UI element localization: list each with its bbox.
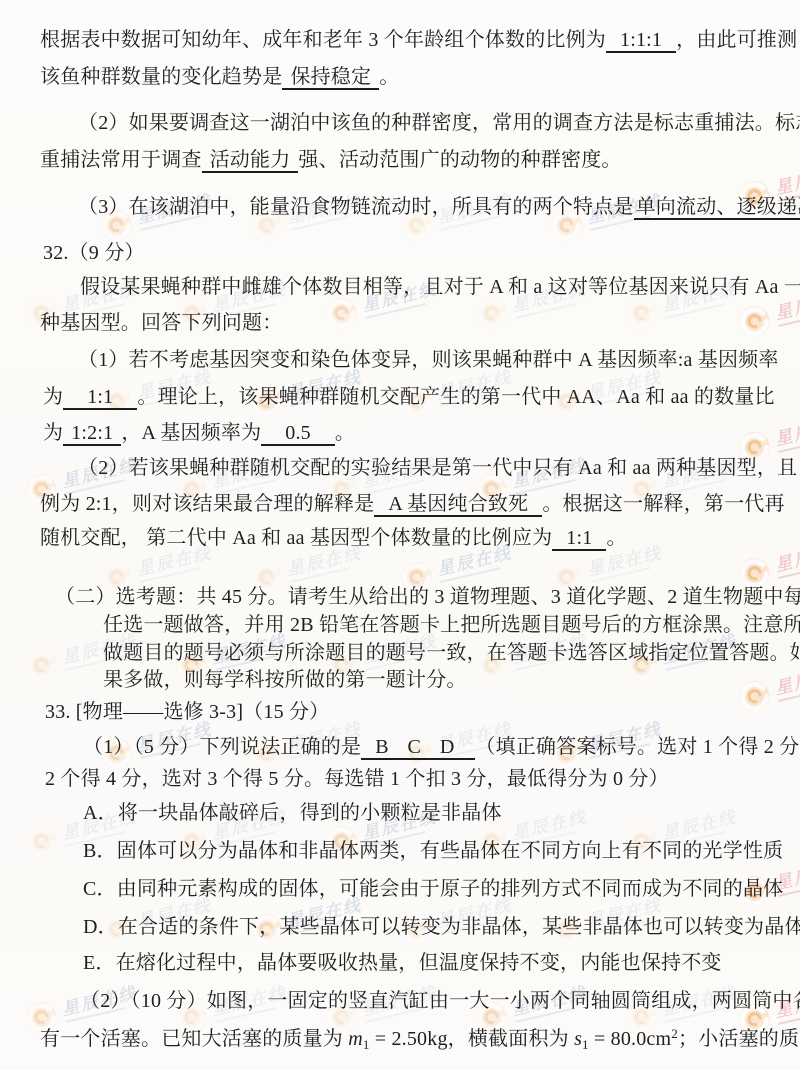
text-line: （1）若不考虑基因突变和染色体变异，则该果蝇种群中 A 基因频率:a 基因频率 [78, 347, 779, 373]
text-segment: = 80.0cm [589, 1028, 672, 1050]
text-line: E．在熔化过程中，晶体要吸收热量，但温度保持不变，内能也保持不变 [83, 950, 722, 976]
answer-blank: 1:1 [552, 527, 606, 551]
text-segment: 为 [43, 422, 63, 444]
text-segment: （2）若该果蝇种群随机交配的实验结果是第一代中只有 Aa 和 aa 两种基因型，… [78, 457, 800, 479]
text-segment: 做题目的题号必须与所涂题目的题号一致，在答题卡选答区域指定位置答题。如 [103, 642, 800, 664]
answer-blank: 单向流动、逐级递减 [634, 196, 800, 220]
text-line: （3）在该湖泊中，能量沿食物链流动时，所具有的两个特点是单向流动、逐级递减。 [78, 194, 800, 220]
document-content: 根据表中数据可知幼年、成年和老年 3 个年龄组个体数的比例为1:1:1，由此可推… [0, 0, 800, 1070]
text-segment: （填正确答案标号。选对 1 个得 2 分，选对 [475, 736, 800, 758]
text-segment: E．在熔化过程中，晶体要吸收热量，但温度保持不变，内能也保持不变 [83, 952, 722, 974]
text-line: D．在合适的条件下，某些晶体可以转变为非晶体，某些非晶体也可以转变为晶体 [83, 914, 800, 940]
text-line: （二）选考题：共 45 分。请考生从给出的 3 道物理题、3 道化学题、2 道生… [55, 584, 800, 610]
answer-blank: 1:2:1 [63, 422, 121, 446]
text-segment: （1）若不考虑基因突变和染色体变异，则该果蝇种群中 A 基因频率:a 基因频率 [78, 349, 779, 371]
text-segment: 假设某果蝇种群中雌雄个体数目相等，且对于 A 和 a 这对等位基因来说只有 Aa… [80, 276, 800, 298]
text-line: 32.（9 分） [43, 240, 145, 266]
text-line: 33. [物理——选修 3-3]（15 分） [45, 699, 329, 725]
text-line: 2 个得 4 分，选对 3 个得 5 分。每选错 1 个扣 3 分，最低得分为 … [45, 766, 669, 792]
text-line: 根据表中数据可知幼年、成年和老年 3 个年龄组个体数的比例为1:1:1，由此可推… [40, 27, 797, 53]
text-line: 例为 2:1，则对该结果最合理的解释是A 基因纯合致死。根据这一解释，第一代再 [40, 491, 785, 517]
text-segment: 。 [606, 527, 626, 549]
text-line: （2）如果要调查这一湖泊中该鱼的种群密度，常用的调查方法是标志重捕法。标志 [78, 110, 800, 136]
text-segment: 有一个活塞。已知大活塞的质量为 [40, 1028, 348, 1050]
text-segment: ，横截面积为 [448, 1028, 574, 1050]
text-segment: 1 [363, 1037, 370, 1052]
text-line: 重捕法常用于调查活动能力强、活动范围广的动物的种群密度。 [40, 147, 622, 173]
text-line: （2）若该果蝇种群随机交配的实验结果是第一代中只有 Aa 和 aa 两种基因型，… [78, 455, 800, 481]
text-line: 种基因型。回答下列问题： [40, 310, 282, 336]
text-segment: （二）选考题：共 45 分。请考生从给出的 3 道物理题、3 道化学题、2 道生… [55, 586, 800, 608]
text-line: C．由同种元素构成的固体，可能会由于原子的排列方式不同而成为不同的晶体 [83, 876, 783, 902]
text-segment: （1）（5 分）下列说法正确的是 [83, 736, 361, 758]
text-segment: 种基因型。回答下列问题： [40, 312, 282, 334]
text-segment: 。理论上，该果蝇种群随机交配产生的第一代中 AA、Aa 和 aa 的数量比 [137, 386, 774, 408]
text-segment: 果多做，则每学科按所做的第一题计分。 [103, 669, 467, 691]
answer-blank: 保持稳定 [282, 66, 379, 90]
text-segment: 。根据这一解释，第一代再 [542, 493, 784, 515]
answer-blank: A 基因纯合致死 [374, 493, 542, 517]
text-segment: D．在合适的条件下，某些晶体可以转变为非晶体，某些非晶体也可以转变为晶体 [83, 916, 800, 938]
answer-blank: 活动能力 [202, 149, 299, 173]
text-segment: 1 [582, 1037, 589, 1052]
text-segment: 该鱼种群数量的变化趋势是 [40, 66, 282, 88]
text-segment: （3）在该湖泊中，能量沿食物链流动时，所具有的两个特点是 [78, 196, 634, 218]
text-segment: ，由此可推测 [676, 29, 797, 51]
text-segment: 例为 2:1，则对该结果最合理的解释是 [40, 493, 374, 515]
text-segment: A．将一块晶体敲碎后，得到的小颗粒是非晶体 [83, 802, 502, 824]
answer-blank: 1:1 [63, 386, 137, 410]
text-segment: （2）如果要调查这一湖泊中该鱼的种群密度，常用的调查方法是标志重捕法。标志 [78, 112, 800, 134]
text-segment: 任选一题做答，并用 2B 铅笔在答题卡上把所选题目题号后的方框涂黑。注意所 [103, 614, 800, 636]
text-line: 有一个活塞。已知大活塞的质量为 m1 = 2.50kg，横截面积为 s1 = 8… [40, 1026, 799, 1052]
text-segment: 33. [物理——选修 3-3]（15 分） [45, 701, 329, 723]
text-segment: 强、活动范围广的动物的种群密度。 [298, 149, 621, 171]
text-segment: C．由同种元素构成的固体，可能会由于原子的排列方式不同而成为不同的晶体 [83, 878, 783, 900]
text-line: 该鱼种群数量的变化趋势是保持稳定。 [40, 64, 399, 90]
text-segment: 根据表中数据可知幼年、成年和老年 3 个年龄组个体数的比例为 [40, 29, 606, 51]
text-line: 果多做，则每学科按所做的第一题计分。 [103, 667, 467, 693]
text-segment: 。 [379, 66, 399, 88]
text-line: 任选一题做答，并用 2B 铅笔在答题卡上把所选题目题号后的方框涂黑。注意所 [103, 612, 800, 638]
text-segment: B．固体可以分为晶体和非晶体两类，有些晶体在不同方向上有不同的光学性质 [83, 840, 783, 862]
text-line: 为1:2:1，A 基因频率为0.5。 [43, 420, 355, 446]
text-line: A．将一块晶体敲碎后，得到的小颗粒是非晶体 [83, 800, 502, 826]
text-line: （1）（5 分）下列说法正确的是B C D（填正确答案标号。选对 1 个得 2 … [83, 734, 800, 760]
text-line: 为1:1。理论上，该果蝇种群随机交配产生的第一代中 AA、Aa 和 aa 的数量… [43, 384, 775, 410]
text-segment: 2 [671, 1026, 678, 1041]
exam-paper-page: 星辰在线星辰在线星辰在线星辰在线星辰在线星辰在线星辰在线星辰在线星辰在线星辰在线… [0, 0, 800, 1070]
text-segment: ，A 基因频率为 [121, 422, 261, 444]
text-line: 随机交配， 第二代中 Aa 和 aa 基因型个体数量的比例应为1:1。 [40, 525, 627, 551]
answer-blank: 0.5 [261, 422, 335, 446]
text-segment: m [348, 1028, 363, 1050]
text-segment: s [574, 1028, 582, 1050]
text-segment: 重捕法常用于调查 [40, 149, 202, 171]
text-segment: 随机交配， 第二代中 Aa 和 aa 基因型个体数量的比例应为 [40, 527, 552, 549]
text-segment: 为 [43, 386, 63, 408]
answer-blank: 1:1:1 [606, 29, 676, 53]
text-line: （2）（10 分）如图，一固定的竖直汽缸由一大一小两个同轴圆筒组成，两圆筒中各 [80, 988, 800, 1014]
text-segment: 。 [335, 422, 355, 444]
text-line: 做题目的题号必须与所涂题目的题号一致，在答题卡选答区域指定位置答题。如 [103, 640, 800, 666]
text-segment: ；小活塞的质 [678, 1028, 799, 1050]
text-line: B．固体可以分为晶体和非晶体两类，有些晶体在不同方向上有不同的光学性质 [83, 838, 783, 864]
text-segment: 32.（9 分） [43, 242, 145, 264]
text-segment: 2 个得 4 分，选对 3 个得 5 分。每选错 1 个扣 3 分，最低得分为 … [45, 768, 669, 790]
text-segment: = 2.50kg [370, 1028, 448, 1050]
text-line: 假设某果蝇种群中雌雄个体数目相等，且对于 A 和 a 这对等位基因来说只有 Aa… [80, 274, 800, 300]
text-segment: （2）（10 分）如图，一固定的竖直汽缸由一大一小两个同轴圆筒组成，两圆筒中各 [80, 990, 800, 1012]
answer-blank: B C D [361, 736, 475, 760]
